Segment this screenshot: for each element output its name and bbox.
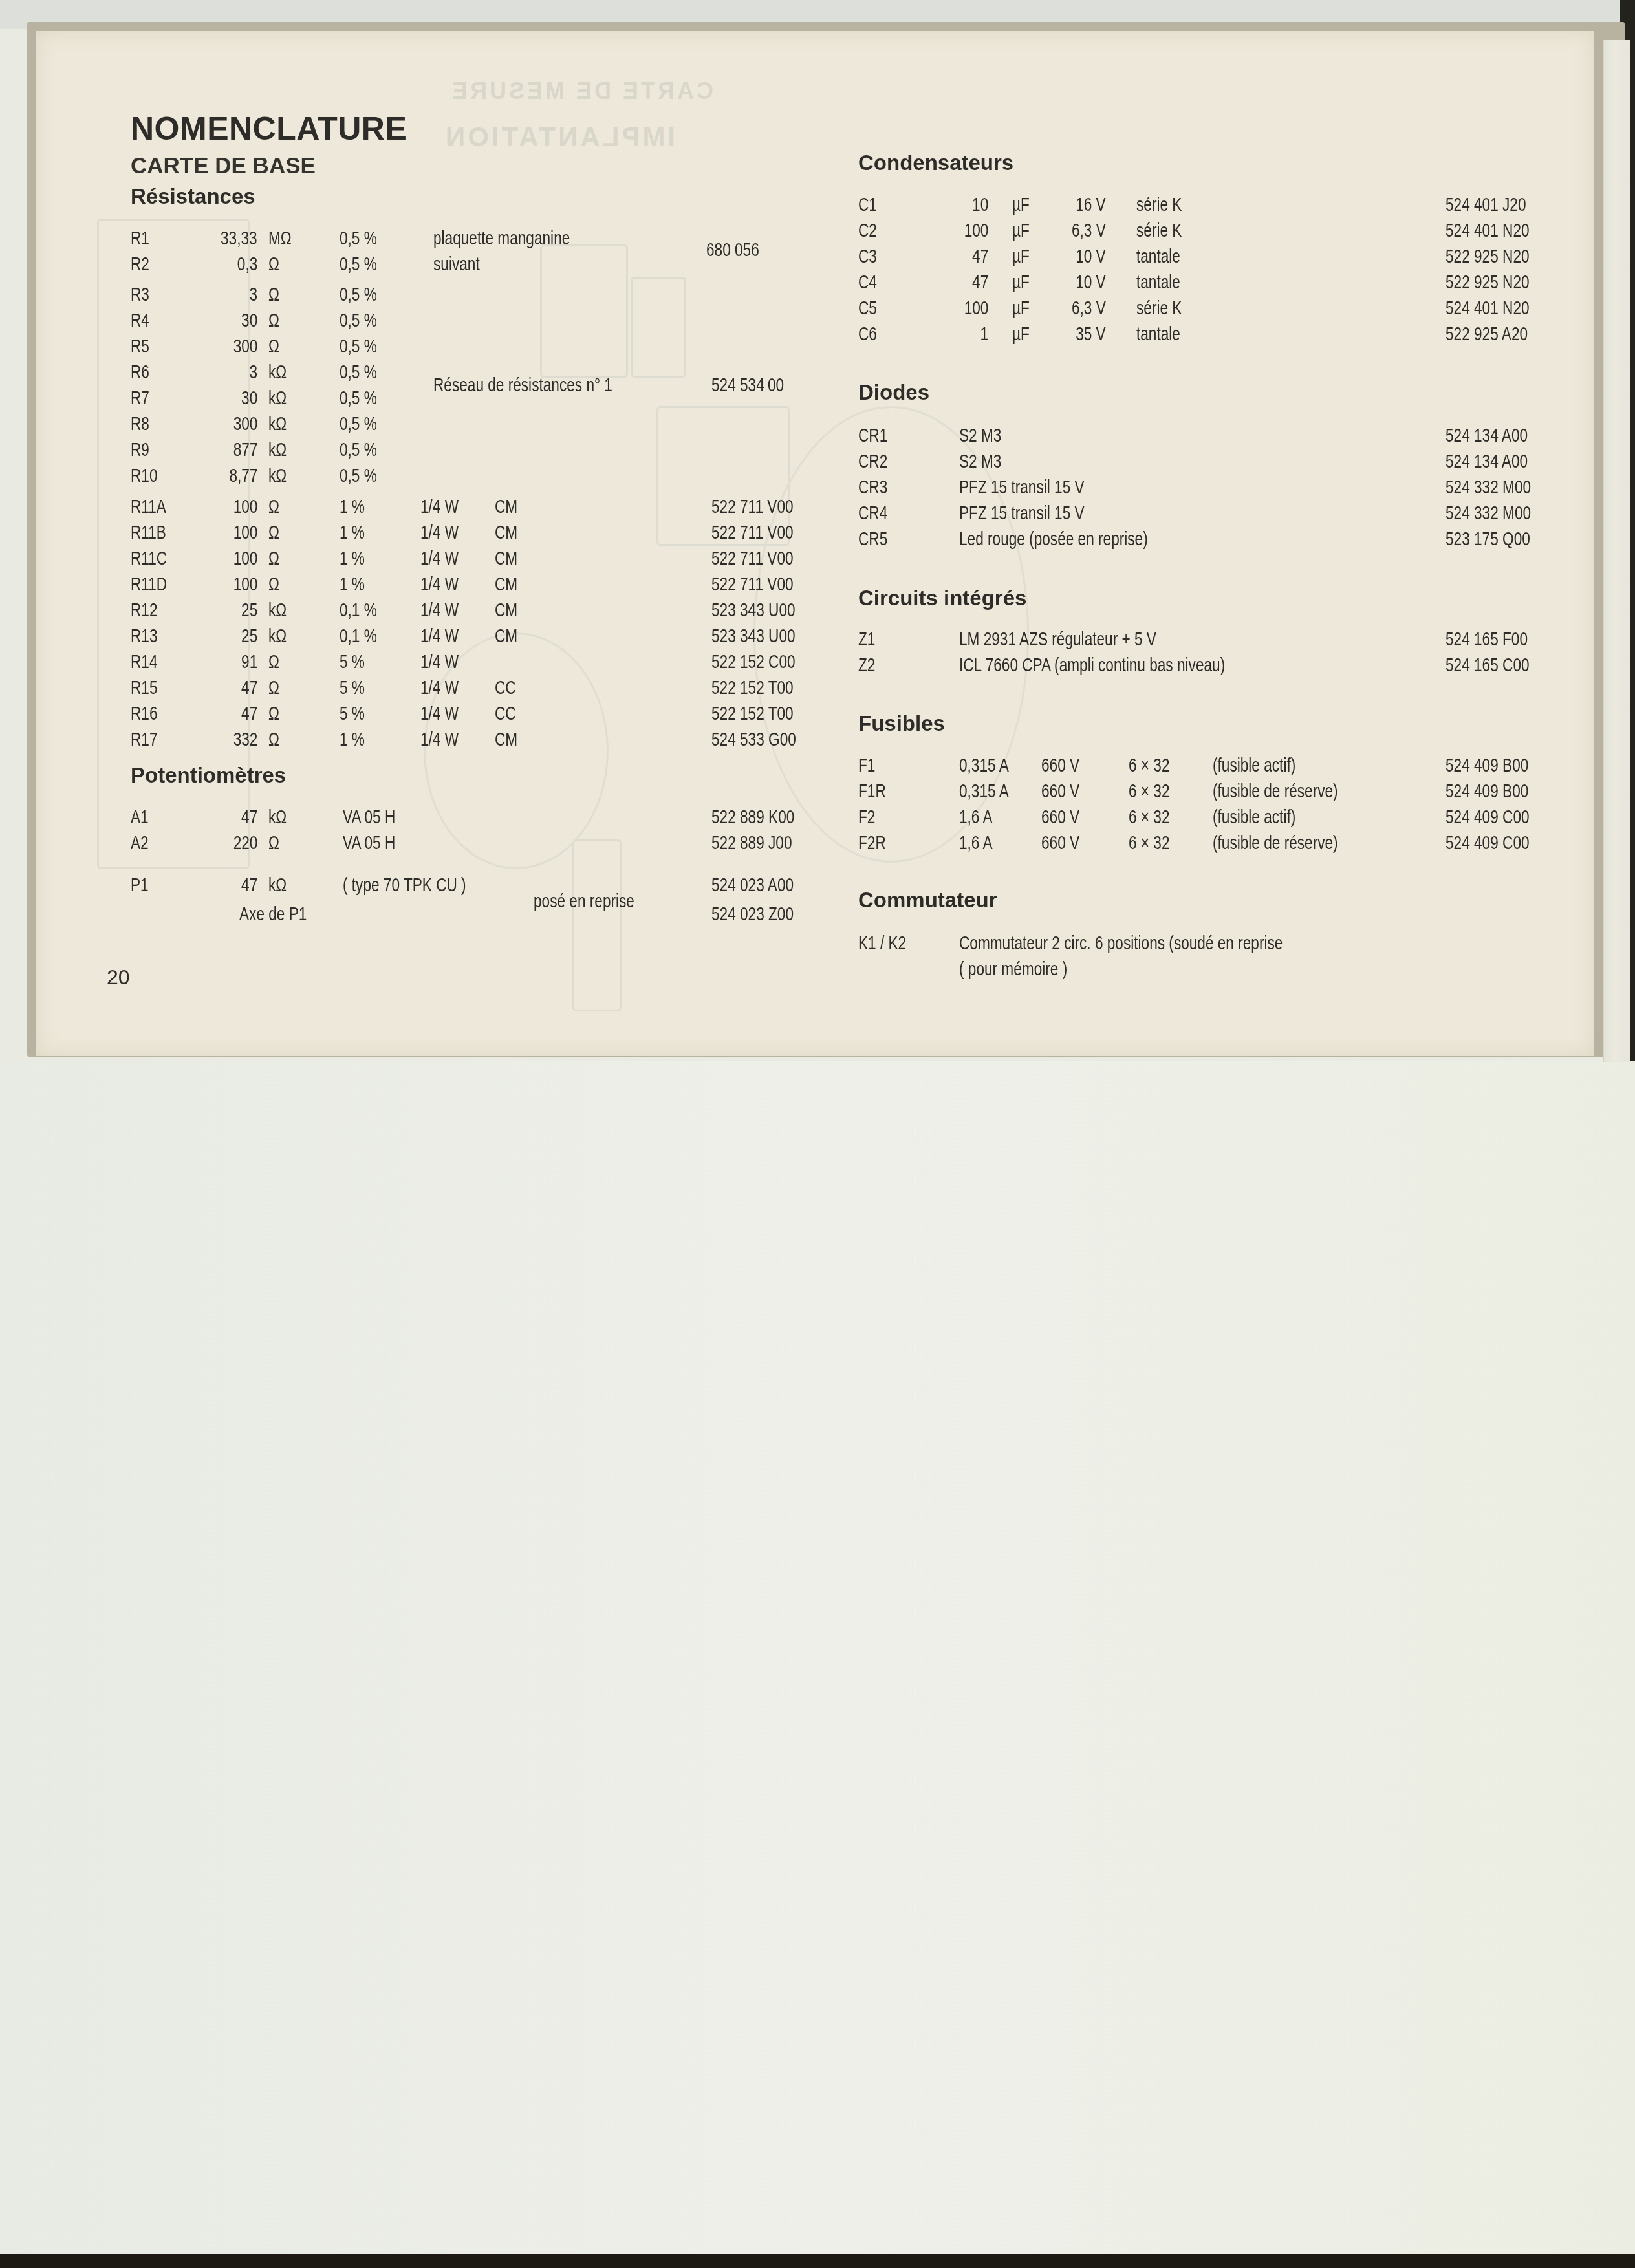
- component-ref: F2R: [858, 833, 886, 854]
- component-unit: µF: [1012, 272, 1030, 294]
- component-unit: Ω: [268, 729, 279, 751]
- component-value: 33,33: [221, 228, 257, 250]
- r1-r2-note: suivant: [433, 254, 480, 275]
- show-through-pcb-outline: [572, 839, 622, 1011]
- show-through-text: IMPLANTATION: [443, 122, 675, 153]
- component-ref: R14: [131, 652, 157, 673]
- component-power: 1/4 W: [420, 497, 459, 518]
- component-ref: R1: [131, 228, 149, 250]
- component-description: VA 05 H: [343, 833, 395, 854]
- component-type: série K: [1136, 195, 1182, 216]
- component-voltage: 16 V: [1076, 195, 1106, 216]
- component-tolerance: 5 %: [340, 678, 365, 699]
- component-unit: Ω: [268, 652, 279, 673]
- commutateur-ref: K1 / K2: [858, 933, 906, 955]
- component-code: 524 401 N20: [1446, 298, 1530, 319]
- component-code: 522 925 N20: [1446, 246, 1530, 268]
- component-code: 523 343 U00: [711, 600, 796, 621]
- component-unit: kΩ: [268, 362, 287, 383]
- component-type: CM: [495, 497, 517, 518]
- component-ref: R12: [131, 600, 157, 621]
- component-code: 524 332 M00: [1446, 503, 1531, 524]
- component-power: 1/4 W: [420, 729, 459, 751]
- component-type: série K: [1136, 298, 1182, 319]
- component-code: 524 023 A00: [711, 875, 794, 896]
- component-tolerance: 1 %: [340, 548, 365, 570]
- component-unit: Ω: [268, 833, 279, 854]
- component-tolerance: 0,1 %: [340, 626, 377, 647]
- component-description: PFZ 15 transil 15 V: [959, 503, 1085, 524]
- component-size: 6 × 32: [1129, 755, 1170, 777]
- component-code: 523 175 Q00: [1446, 529, 1530, 550]
- component-code: 524 332 M00: [1446, 477, 1531, 499]
- component-unit: kΩ: [268, 875, 287, 896]
- network-code: 524 534: [711, 375, 764, 396]
- component-value: 47: [241, 704, 257, 725]
- component-power: 1/4 W: [420, 704, 459, 725]
- component-value: 100: [233, 497, 257, 518]
- component-value: 47: [241, 875, 257, 896]
- component-description: VA 05 H: [343, 807, 395, 828]
- component-type: tantale: [1136, 272, 1180, 294]
- component-value: 100: [233, 523, 257, 544]
- component-description: (fusible actif): [1213, 807, 1295, 828]
- component-unit: kΩ: [268, 626, 287, 647]
- component-tolerance: 0,5 %: [340, 254, 377, 275]
- component-value: 100: [964, 298, 988, 319]
- component-tolerance: 0,5 %: [340, 466, 377, 487]
- section-heading-diodes: Diodes: [858, 380, 929, 405]
- component-value: 30: [241, 388, 257, 409]
- component-tolerance: 0,5 %: [340, 228, 377, 250]
- component-value: 332: [233, 729, 257, 751]
- component-code: 524 409 C00: [1446, 807, 1530, 828]
- component-unit: µF: [1012, 324, 1030, 345]
- component-value: 100: [233, 574, 257, 596]
- component-unit: Ω: [268, 574, 279, 596]
- component-value: 30: [241, 310, 257, 332]
- show-through-pcb-outline: [631, 277, 686, 378]
- component-value: 25: [241, 626, 257, 647]
- component-current: 1,6 A: [959, 833, 993, 854]
- component-code: 524 401 J20: [1446, 195, 1526, 216]
- component-code: 522 152 T00: [711, 704, 794, 725]
- component-power: 1/4 W: [420, 523, 459, 544]
- component-tolerance: 0,5 %: [340, 388, 377, 409]
- component-unit: kΩ: [268, 440, 287, 461]
- component-code: 524 409 C00: [1446, 833, 1530, 854]
- component-value: 877: [233, 440, 257, 461]
- section-heading-condensateurs: Condensateurs: [858, 151, 1013, 175]
- p1-note: posé en reprise: [534, 891, 634, 913]
- component-value: 47: [972, 272, 988, 294]
- component-code: 524 401 N20: [1446, 221, 1530, 242]
- component-value: 3: [249, 362, 257, 383]
- component-unit: kΩ: [268, 388, 287, 409]
- component-ref: C1: [858, 195, 877, 216]
- component-type: CC: [495, 704, 516, 725]
- component-current: 0,315 A: [959, 755, 1009, 777]
- component-voltage: 660 V: [1041, 781, 1079, 803]
- component-value: 47: [241, 678, 257, 699]
- component-ref: R15: [131, 678, 157, 699]
- component-description: ( type 70 TPK CU ): [343, 875, 466, 896]
- component-size: 6 × 32: [1129, 781, 1170, 803]
- component-ref: R11C: [131, 548, 167, 570]
- component-unit: µF: [1012, 195, 1030, 216]
- component-tolerance: 0,1 %: [340, 600, 377, 621]
- component-tolerance: 1 %: [340, 729, 365, 751]
- component-voltage: 6,3 V: [1072, 221, 1106, 242]
- component-ref: A1: [131, 807, 149, 828]
- component-ref: C2: [858, 221, 877, 242]
- r1-r2-note: plaquette manganine: [433, 228, 570, 250]
- component-unit: Ω: [268, 704, 279, 725]
- section-heading-resistances: Résistances: [131, 184, 255, 209]
- component-type: CM: [495, 600, 517, 621]
- component-power: 1/4 W: [420, 652, 459, 673]
- network-note: Réseau de résistances n° 1: [433, 375, 612, 396]
- component-ref: CR2: [858, 451, 887, 473]
- component-ref: CR1: [858, 426, 887, 447]
- component-ref: R10: [131, 466, 157, 487]
- component-value: 300: [233, 414, 257, 435]
- show-through-text: CARTE DE MESURE: [449, 78, 713, 105]
- component-value: 3: [249, 285, 257, 306]
- scanner-bottom-edge: [0, 2254, 1635, 2268]
- section-heading-fusibles: Fusibles: [858, 711, 945, 736]
- component-ref: A2: [131, 833, 149, 854]
- component-power: 1/4 W: [420, 574, 459, 596]
- component-description: S2 M3: [959, 426, 1001, 447]
- component-type: CM: [495, 729, 517, 751]
- component-unit: Ω: [268, 336, 279, 358]
- component-current: 0,315 A: [959, 781, 1009, 803]
- section-heading-commutateur: Commutateur: [858, 888, 997, 913]
- axe-code: 524 023 Z00: [711, 904, 794, 925]
- component-tolerance: 5 %: [340, 652, 365, 673]
- component-unit: Ω: [268, 285, 279, 306]
- component-tolerance: 0,5 %: [340, 414, 377, 435]
- component-code: 524 134 A00: [1446, 426, 1528, 447]
- show-through-pcb-outline: [540, 244, 628, 378]
- r1-r2-code: 680 056: [706, 240, 759, 261]
- component-type: tantale: [1136, 246, 1180, 268]
- component-ref: R3: [131, 285, 149, 306]
- component-value: 100: [964, 221, 988, 242]
- component-unit: Ω: [268, 548, 279, 570]
- page-number: 20: [107, 966, 130, 989]
- component-tolerance: 0,5 %: [340, 310, 377, 332]
- component-ref: Z1: [858, 629, 875, 651]
- component-code: 522 152 T00: [711, 678, 794, 699]
- component-voltage: 660 V: [1041, 833, 1079, 854]
- component-type: CM: [495, 626, 517, 647]
- component-ref: R2: [131, 254, 149, 275]
- component-ref: F2: [858, 807, 875, 828]
- component-description: S2 M3: [959, 451, 1001, 473]
- component-unit: kΩ: [268, 466, 287, 487]
- component-type: tantale: [1136, 324, 1180, 345]
- component-description: LM 2931 AZS régulateur + 5 V: [959, 629, 1156, 651]
- component-code: 524 409 B00: [1446, 755, 1528, 777]
- component-code: 522 925 N20: [1446, 272, 1530, 294]
- component-ref: P1: [131, 875, 149, 896]
- component-voltage: 6,3 V: [1072, 298, 1106, 319]
- component-ref: Z2: [858, 655, 875, 676]
- component-value: 8,77: [229, 466, 257, 487]
- component-type: CM: [495, 548, 517, 570]
- component-value: 300: [233, 336, 257, 358]
- component-unit: Ω: [268, 497, 279, 518]
- component-unit: kΩ: [268, 600, 287, 621]
- component-tolerance: 0,5 %: [340, 285, 377, 306]
- component-voltage: 660 V: [1041, 807, 1079, 828]
- component-ref: R11D: [131, 574, 167, 596]
- component-ref: CR3: [858, 477, 887, 499]
- component-code: 522 889 J00: [711, 833, 792, 854]
- component-voltage: 35 V: [1076, 324, 1106, 345]
- component-unit: kΩ: [268, 414, 287, 435]
- component-code: 522 925 A20: [1446, 324, 1528, 345]
- component-unit: Ω: [268, 678, 279, 699]
- component-value: 1: [980, 324, 988, 345]
- component-ref: C3: [858, 246, 877, 268]
- component-type: CM: [495, 574, 517, 596]
- component-description: (fusible de réserve): [1213, 781, 1338, 803]
- component-ref: C4: [858, 272, 877, 294]
- component-description: ICL 7660 CPA (ampli continu bas niveau): [959, 655, 1225, 676]
- component-ref: R11B: [131, 523, 166, 544]
- component-code: 524 165 C00: [1446, 655, 1530, 676]
- component-code: 524 165 F00: [1446, 629, 1528, 651]
- component-value: 10: [972, 195, 988, 216]
- component-ref: CR5: [858, 529, 887, 550]
- component-voltage: 660 V: [1041, 755, 1079, 777]
- section-heading-potentiometres: Potentiomètres: [131, 763, 286, 788]
- document-page: CARTE DE MESURE IMPLANTATION NOMENCLATUR…: [36, 31, 1594, 1056]
- component-ref: R13: [131, 626, 157, 647]
- component-unit: µF: [1012, 246, 1030, 268]
- component-value: 47: [241, 807, 257, 828]
- page-title: NOMENCLATURE: [131, 110, 407, 147]
- component-unit: Ω: [268, 254, 279, 275]
- component-tolerance: 1 %: [340, 574, 365, 596]
- component-tolerance: 0,5 %: [340, 440, 377, 461]
- component-unit: µF: [1012, 298, 1030, 319]
- component-ref: F1: [858, 755, 875, 777]
- component-power: 1/4 W: [420, 548, 459, 570]
- component-unit: Ω: [268, 310, 279, 332]
- component-ref: R16: [131, 704, 157, 725]
- component-voltage: 10 V: [1076, 246, 1106, 268]
- component-ref: F1R: [858, 781, 886, 803]
- component-ref: R6: [131, 362, 149, 383]
- component-type: CC: [495, 678, 516, 699]
- axe-label: Axe de P1: [239, 904, 307, 925]
- component-value: 25: [241, 600, 257, 621]
- component-tolerance: 0,5 %: [340, 336, 377, 358]
- component-ref: R4: [131, 310, 149, 332]
- component-value: 0,3: [237, 254, 257, 275]
- component-value: 220: [233, 833, 257, 854]
- component-ref: R11A: [131, 497, 166, 518]
- component-tolerance: 1 %: [340, 497, 365, 518]
- component-unit: kΩ: [268, 807, 287, 828]
- component-code: 524 134 A00: [1446, 451, 1528, 473]
- component-ref: C5: [858, 298, 877, 319]
- component-value: 47: [972, 246, 988, 268]
- component-voltage: 10 V: [1076, 272, 1106, 294]
- component-ref: R8: [131, 414, 149, 435]
- component-ref: R9: [131, 440, 149, 461]
- component-code: 522 152 C00: [711, 652, 796, 673]
- component-tolerance: 0,5 %: [340, 362, 377, 383]
- component-code: 524 409 B00: [1446, 781, 1528, 803]
- component-code: 524 533 G00: [711, 729, 796, 751]
- component-power: 1/4 W: [420, 600, 459, 621]
- component-power: 1/4 W: [420, 626, 459, 647]
- component-ref: R5: [131, 336, 149, 358]
- component-current: 1,6 A: [959, 807, 993, 828]
- component-size: 6 × 32: [1129, 833, 1170, 854]
- commutateur-desc: Commutateur 2 circ. 6 positions (soudé e…: [959, 933, 1283, 955]
- component-type: série K: [1136, 221, 1182, 242]
- component-code: 522 711 V00: [711, 548, 794, 570]
- component-ref: R7: [131, 388, 149, 409]
- component-tolerance: 5 %: [340, 704, 365, 725]
- component-description: (fusible de réserve): [1213, 833, 1338, 854]
- component-unit: µF: [1012, 221, 1030, 242]
- component-ref: CR4: [858, 503, 887, 524]
- component-power: 1/4 W: [420, 678, 459, 699]
- component-unit: Ω: [268, 523, 279, 544]
- component-unit: MΩ: [268, 228, 292, 250]
- component-size: 6 × 32: [1129, 807, 1170, 828]
- component-value: 91: [241, 652, 257, 673]
- next-page-fold: [1603, 40, 1630, 1062]
- network-code-suffix: 00: [768, 375, 784, 396]
- component-code: 522 711 V00: [711, 574, 794, 596]
- component-code: 522 711 V00: [711, 497, 794, 518]
- component-value: 100: [233, 548, 257, 570]
- section-heading-circuits: Circuits intégrés: [858, 586, 1026, 610]
- component-code: 522 889 K00: [711, 807, 794, 828]
- page-subtitle: CARTE DE BASE: [131, 153, 316, 179]
- component-ref: R17: [131, 729, 157, 751]
- commutateur-desc: ( pour mémoire ): [959, 959, 1067, 980]
- component-description: Led rouge (posée en reprise): [959, 529, 1148, 550]
- component-code: 523 343 U00: [711, 626, 796, 647]
- scanner-empty-area: [0, 1061, 1635, 2254]
- component-description: (fusible actif): [1213, 755, 1295, 777]
- component-code: 522 711 V00: [711, 523, 794, 544]
- component-ref: C6: [858, 324, 877, 345]
- component-type: CM: [495, 523, 517, 544]
- component-tolerance: 1 %: [340, 523, 365, 544]
- component-description: PFZ 15 transil 15 V: [959, 477, 1085, 499]
